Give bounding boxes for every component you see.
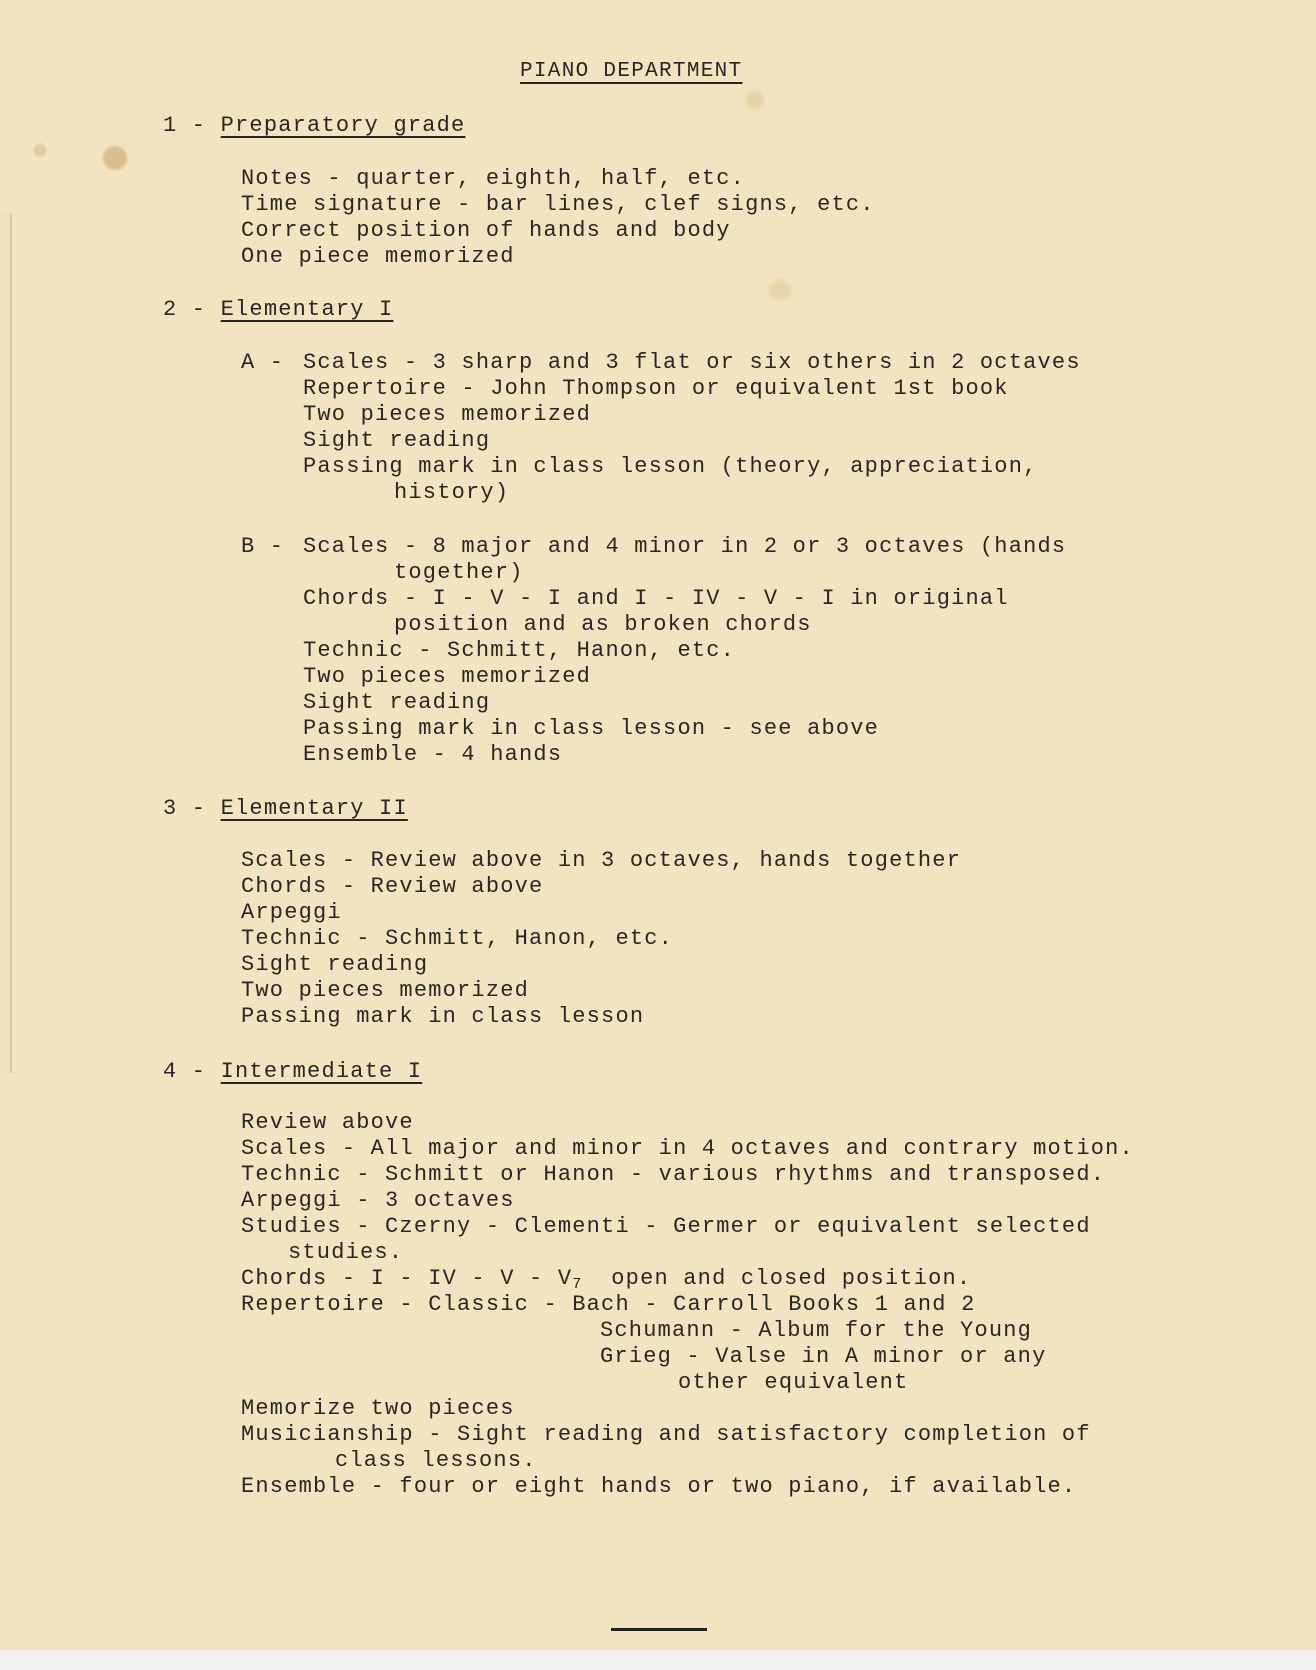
list-item-continuation: studies. — [288, 1240, 403, 1266]
list-item-continuation: Schumann - Album for the Young — [600, 1318, 1032, 1344]
page-title: PIANO DEPARTMENT — [520, 60, 742, 83]
section-heading: 2 - Elementary I — [163, 297, 393, 323]
list-item: Scales - All major and minor in 4 octave… — [241, 1136, 1134, 1162]
list-item: One piece memorized — [241, 244, 515, 270]
list-item: Memorize two pieces — [241, 1396, 515, 1422]
section-heading: 4 - Intermediate I — [163, 1059, 422, 1085]
section-heading: 3 - Elementary II — [163, 796, 408, 822]
list-item: Passing mark in class lesson - see above — [303, 716, 879, 742]
list-item: Studies - Czerny - Clementi - Germer or … — [241, 1214, 1091, 1240]
list-item: Two pieces memorized — [241, 978, 529, 1004]
list-item: Passing mark in class lesson (theory, ap… — [303, 454, 1038, 480]
list-item: Scales - Review above in 3 octaves, hand… — [241, 848, 961, 874]
list-item-continuation: other equivalent — [678, 1370, 908, 1396]
list-item: Passing mark in class lesson — [241, 1004, 644, 1030]
list-item: Repertoire - John Thompson or equivalent… — [303, 376, 1009, 402]
list-item: Sight reading — [303, 690, 490, 716]
list-item: Sight reading — [303, 428, 490, 454]
document-page — [0, 0, 1316, 1650]
list-item: Sight reading — [241, 952, 428, 978]
list-item: Correct position of hands and body — [241, 218, 731, 244]
list-item: Ensemble - four or eight hands or two pi… — [241, 1474, 1076, 1500]
list-item: Chords - Review above — [241, 874, 543, 900]
list-item-continuation: class lessons. — [335, 1448, 537, 1474]
subsection-label: B - — [241, 534, 284, 560]
list-item: Musicianship - Sight reading and satisfa… — [241, 1422, 1091, 1448]
page-edge — [0, 213, 12, 1073]
list-item: Repertoire - Classic - Bach - Carroll Bo… — [241, 1292, 976, 1318]
list-item: Notes - quarter, eighth, half, etc. — [241, 166, 745, 192]
list-item-continuation: history) — [394, 480, 509, 506]
section-heading: 1 - Preparatory grade — [163, 113, 465, 139]
scan-border — [0, 1650, 1316, 1670]
list-item: Arpeggi — [241, 900, 342, 926]
list-item: Two pieces memorized — [303, 402, 591, 428]
list-item: Ensemble - 4 hands — [303, 742, 562, 768]
list-item-continuation: position and as broken chords — [394, 612, 812, 638]
list-item: Scales - 3 sharp and 3 flat or six other… — [303, 350, 1081, 376]
end-rule — [611, 1628, 707, 1631]
list-item: Technic - Schmitt, Hanon, etc. — [241, 926, 673, 952]
list-item: Time signature - bar lines, clef signs, … — [241, 192, 875, 218]
list-item-continuation: together) — [394, 560, 524, 586]
list-item: Scales - 8 major and 4 minor in 2 or 3 o… — [303, 534, 1066, 560]
list-item: Two pieces memorized — [303, 664, 591, 690]
list-item: Technic - Schmitt, Hanon, etc. — [303, 638, 735, 664]
list-item: Arpeggi - 3 octaves — [241, 1188, 515, 1214]
list-item-continuation: Grieg - Valse in A minor or any — [600, 1344, 1046, 1370]
list-item: Review above — [241, 1110, 414, 1136]
list-item: Technic - Schmitt or Hanon - various rhy… — [241, 1162, 1105, 1188]
list-item: Chords - I - V - I and I - IV - V - I in… — [303, 586, 1009, 612]
subsection-label: A - — [241, 350, 284, 376]
